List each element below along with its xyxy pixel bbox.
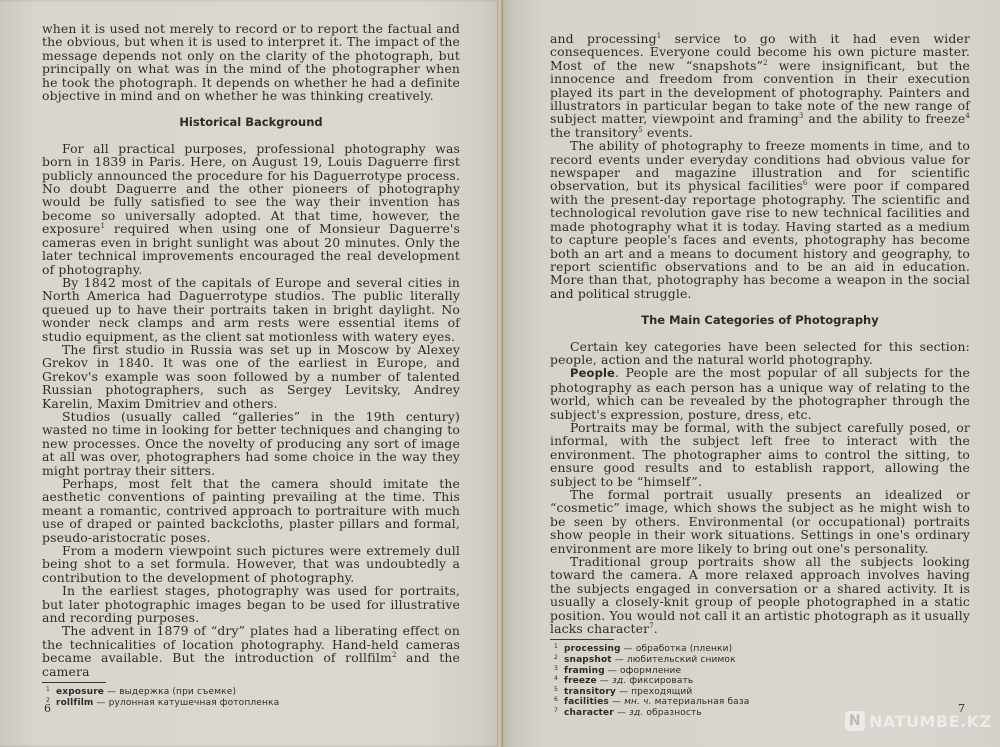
left-paragraphs: For all practical purposes, professional… (42, 142, 460, 678)
footnote-number: 7 (554, 706, 558, 717)
right-footnotes: 1processing — обработка (пленки)2snapsho… (550, 644, 970, 718)
left-page-text: when it is used not merely to record or … (42, 22, 460, 708)
categories-intro: Certain key categories have been selecte… (550, 340, 970, 367)
footnote-term: character (564, 708, 614, 718)
footnote: 3framing — оформление (550, 666, 970, 677)
paragraph: From a modern viewpoint such pictures we… (42, 544, 460, 584)
right-paragraphs: Portraits may be formal, with the subjec… (550, 421, 970, 555)
footnote-translation: любительский снимок (627, 655, 736, 665)
footnote-abbr: зд. (612, 676, 626, 686)
footnote-number: 5 (554, 685, 558, 696)
footnote: 6facilities — мн. ч. материальная база (550, 697, 970, 708)
footnote: 4freeze — зд. фиксировать (550, 676, 970, 687)
footnote-term: framing (564, 666, 605, 676)
section-heading-historical-background: Historical Background (42, 116, 460, 129)
paragraph: In the earliest stages, photography was … (42, 584, 460, 624)
paragraph: By 1842 most of the capitals of Europe a… (42, 276, 460, 343)
footnote-number: 1 (46, 685, 50, 696)
paragraph-group-portraits: Traditional group portraits show all the… (550, 555, 970, 635)
footnote-number: 6 (554, 695, 558, 706)
paragraph: For all practical purposes, professional… (42, 142, 460, 276)
footnote-abbr: мн. ч. (624, 697, 651, 707)
paragraph: Portraits may be formal, with the subjec… (550, 421, 970, 488)
page-number-left: 6 (44, 702, 51, 715)
footnote-translation: фиксировать (629, 676, 693, 686)
section-heading-main-categories: The Main Categories of Photography (550, 314, 970, 327)
footnote-translation: образность (646, 708, 701, 718)
footnote-term: freeze (564, 676, 597, 686)
paragraph: Perhaps, most felt that the camera shoul… (42, 477, 460, 544)
footnote: 2snapshot — любительский снимок (550, 655, 970, 666)
paragraph: The formal portrait usually presents an … (550, 488, 970, 555)
footnote-translation: выдержка (при съемке) (119, 687, 236, 697)
footnote-term: transitory (564, 687, 616, 697)
paragraph-ability: The ability of photography to freeze mom… (550, 139, 970, 300)
footnote: 1processing — обработка (пленки) (550, 644, 970, 655)
footnote: 2rollfilm — рулонная катушечная фотоплен… (42, 698, 460, 709)
footnote-abbr: зд. (629, 708, 643, 718)
left-footnotes: 1exposure — выдержка (при съемке)2rollfi… (42, 687, 460, 708)
footnote-term: processing (564, 644, 621, 654)
book-spread: when it is used not merely to record or … (0, 0, 1000, 747)
footnote-translation: рулонная катушечная фотопленка (109, 698, 280, 708)
right-page: and processing1 service to go with it ha… (500, 0, 1000, 747)
term-people: People (570, 366, 615, 380)
footnote-term: rollfilm (56, 698, 93, 708)
footnote-divider (550, 639, 614, 640)
footnote-number: 3 (554, 664, 558, 675)
footnote-term: snapshot (564, 655, 612, 665)
footnote-ref: 4 (965, 112, 970, 120)
paragraph-people: People. People are the most popular of a… (550, 366, 970, 421)
right-page-text: and processing1 service to go with it ha… (550, 32, 970, 719)
text-run: and the ability to freeze (803, 111, 965, 126)
paragraph: Studios (usually called “galleries” in t… (42, 410, 460, 477)
footnote-translation: материальная база (655, 697, 750, 707)
footnote-number: 2 (554, 653, 558, 664)
watermark-logo-icon: N (845, 711, 865, 731)
intro-paragraph: when it is used not merely to record or … (42, 22, 460, 102)
footnote-translation: оформление (620, 666, 681, 676)
book-spine (497, 0, 503, 747)
footnote-divider (42, 682, 106, 683)
left-page: when it is used not merely to record or … (0, 0, 500, 747)
footnote: 5transitory — преходящий (550, 687, 970, 698)
paragraph: The first studio in Russia was set up in… (42, 343, 460, 410)
footnote-number: 1 (554, 642, 558, 653)
footnote-term: facilities (564, 697, 609, 707)
footnote-term: exposure (56, 687, 104, 697)
footnote-translation: обработка (пленки) (636, 644, 732, 654)
watermark: N NATUMBE.KZ (845, 710, 992, 732)
watermark-text: NATUMBE.KZ (869, 712, 992, 731)
footnote-translation: преходящий (631, 687, 692, 697)
footnote: 1exposure — выдержка (при съемке) (42, 687, 460, 698)
continued-paragraph: and processing1 service to go with it ha… (550, 32, 970, 139)
footnote-number: 4 (554, 674, 558, 685)
paragraph: The advent in 1879 of “dry” plates had a… (42, 624, 460, 678)
